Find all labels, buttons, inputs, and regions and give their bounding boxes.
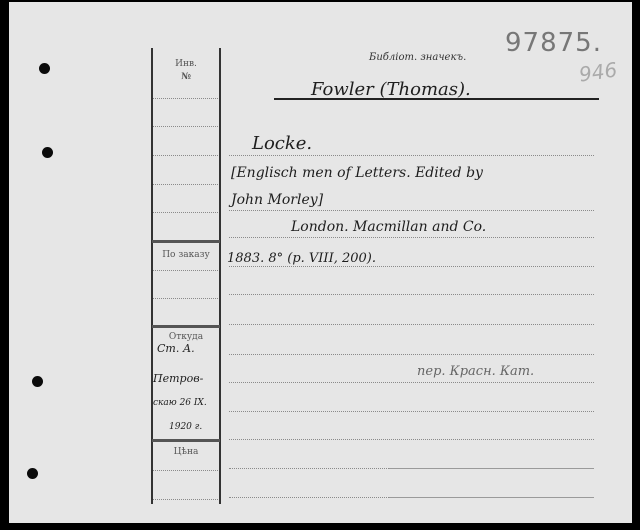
source-value-line-4: 1920 г. <box>169 422 202 432</box>
body-rule <box>229 411 594 412</box>
left-rule <box>153 298 218 299</box>
source-value-line-2: Петров- <box>153 372 203 385</box>
body-rule <box>229 468 389 469</box>
left-column-border-right <box>219 48 221 504</box>
left-column-border-left <box>151 48 153 504</box>
source-section-divider <box>152 325 220 328</box>
inv-label: Инв. <box>152 59 220 69</box>
imprint: London. Macmillan and Co. <box>291 219 486 235</box>
library-mark-label: Библіот. значекъ. <box>369 52 466 63</box>
left-rule <box>153 98 218 99</box>
price-label: Цѣна <box>152 447 220 457</box>
pencil-note: пер. Красн. Кат. <box>417 364 534 379</box>
source-label: Откуда <box>152 332 220 342</box>
left-rule <box>153 470 218 471</box>
source-value-line-1: Ст. А. <box>157 342 195 355</box>
body-rule <box>229 155 594 156</box>
left-rule <box>153 270 218 271</box>
body-rule <box>229 266 594 267</box>
author-underline <box>274 98 599 100</box>
order-label: По заказу <box>152 250 220 260</box>
order-section-divider <box>152 240 220 243</box>
catalog-card: Инв. № По заказу Откуда Ст. А. Петров- с… <box>9 2 632 523</box>
body-rule-solid <box>389 497 594 498</box>
left-rule <box>153 126 218 127</box>
author-name: Fowler (Thomas). <box>311 79 471 100</box>
collation: 1883. 8° (p. VIII, 200). <box>227 251 376 266</box>
left-rule <box>153 184 218 185</box>
body-rule <box>229 497 389 498</box>
series-line-2: John Morley] <box>231 192 323 208</box>
body-rule-solid <box>389 468 594 469</box>
library-mark-secondary: 946 <box>578 57 619 86</box>
body-rule <box>229 210 594 211</box>
body-rule <box>229 382 594 383</box>
left-rule <box>153 212 218 213</box>
punch-hole-4 <box>27 468 38 479</box>
library-mark-value: 97875. <box>505 28 602 58</box>
punch-hole-2 <box>42 147 53 158</box>
inv-number-label: № <box>152 72 220 82</box>
body-rule <box>229 237 594 238</box>
left-rule <box>153 499 218 500</box>
body-rule <box>229 294 594 295</box>
left-rule <box>153 155 218 156</box>
punch-hole-3 <box>32 376 43 387</box>
book-title: Locke. <box>252 133 312 154</box>
source-value-line-3: скаю 26 IX. <box>153 398 207 408</box>
series-line-1: [Englisch men of Letters. Edited by <box>231 165 483 181</box>
body-rule <box>229 354 594 355</box>
price-section-divider <box>152 439 220 442</box>
punch-hole-1 <box>39 63 50 74</box>
body-rule <box>229 324 594 325</box>
body-rule <box>229 439 594 440</box>
